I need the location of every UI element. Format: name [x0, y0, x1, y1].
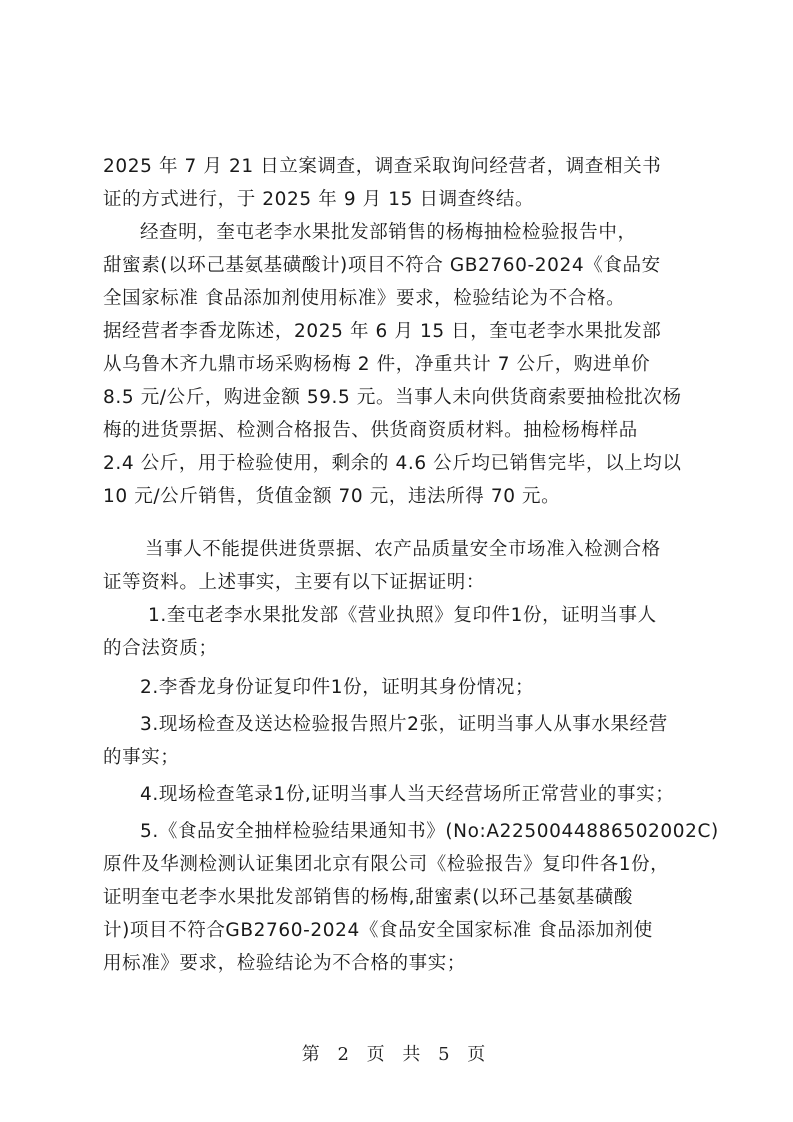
text-line: 证等资料。上述事实，主要有以下证据证明： — [103, 571, 693, 595]
text-line: 梅的进货票据、检测合格报告、供货商资质材料。抽检杨梅样品 — [103, 419, 693, 443]
text-line: 2.4 公斤，用于检验使用，剩余的 4.6 公斤均已销售完毕，以上均以 — [103, 452, 693, 476]
text-line: 10 元/公斤销售，货值金额 70 元，违法所得 70 元。 — [103, 485, 693, 509]
text-line: 1.奎屯老李水果批发部《营业执照》复印件1份，证明当事人 — [148, 604, 738, 628]
text-line: 经查明，奎屯老李水果批发部销售的杨梅抽检检验报告中， — [140, 221, 730, 245]
text-line: 全国家标准 食品添加剂使用标准》要求，检验结论为不合格。 — [103, 287, 693, 311]
text-line: 4.现场检查笔录1份,证明当事人当天经营场所正常营业的事实； — [140, 783, 730, 807]
text-line: 的合法资质； — [103, 637, 693, 661]
text-line: 2025 年 7 月 21 日立案调查，调查采取询问经营者，调查相关书 — [103, 155, 693, 179]
document-page: 2025 年 7 月 21 日立案调查，调查采取询问经营者，调查相关书证的方式进… — [0, 0, 793, 1122]
text-line: 计)项目不符合GB2760-2024《食品安全国家标准 食品添加剂使 — [103, 919, 693, 943]
text-line: 8.5 元/公斤，购进金额 59.5 元。当事人未向供货商索要抽检批次杨 — [103, 386, 693, 410]
text-line: 证明奎屯老李水果批发部销售的杨梅,甜蜜素(以环己基氨基磺酸 — [103, 886, 693, 910]
text-line: 证的方式进行，于 2025 年 9 月 15 日调查终结。 — [103, 188, 693, 212]
text-line: 当事人不能提供进货票据、农产品质量安全市场准入检测合格 — [145, 538, 735, 562]
page-footer: 第 2 页 共 5 页 — [0, 1040, 793, 1066]
text-line: 从乌鲁木齐九鼎市场采购杨梅 2 件，净重共计 7 公斤，购进单价 — [103, 353, 693, 377]
text-line: 据经营者李香龙陈述，2025 年 6 月 15 日，奎屯老李水果批发部 — [103, 320, 693, 344]
text-line: 用标准》要求，检验结论为不合格的事实； — [103, 952, 693, 976]
text-line: 5.《食品安全抽样检验结果通知书》(No:A2250044886502002C) — [140, 820, 730, 844]
text-line: 2.李香龙身份证复印件1份，证明其身份情况； — [140, 676, 730, 700]
text-line: 原件及华测检测认证集团北京有限公司《检验报告》复印件各1份， — [103, 853, 693, 877]
text-line: 的事实； — [103, 746, 693, 770]
text-line: 甜蜜素(以环己基氨基磺酸计)项目不符合 GB2760-2024《食品安 — [103, 254, 693, 278]
text-line: 3.现场检查及送达检验报告照片2张，证明当事人从事水果经营 — [140, 713, 730, 737]
